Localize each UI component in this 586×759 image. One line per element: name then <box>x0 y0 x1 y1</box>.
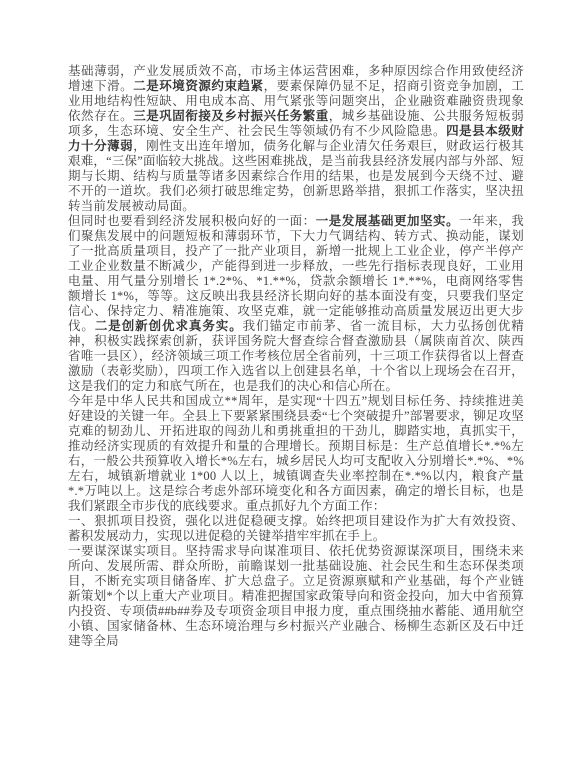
text-run: 一、狠抓项目投资，强化以进促稳硬支撑。始终把项目建设作为扩大有效投资、蓄积发展动… <box>68 514 524 543</box>
bold-lead-phrase: 二是环境资源约束趋紧 <box>133 79 263 93</box>
paragraph-section-one-heading: 一、狠抓项目投资，强化以进促稳硬支撑。始终把项目建设作为扩大有效投资、蓄积发展动… <box>68 514 524 544</box>
bold-lead-phrase: 一是发展基础更加坚实。 <box>316 214 459 228</box>
document-page: 基础薄弱，产业发展质效不高，市场主体运营困难，多种原因综合作用致使经济增速下滑。… <box>0 0 586 759</box>
paragraph-economic-challenges: 基础薄弱，产业发展质效不高，市场主体运营困难，多种原因综合作用致使经济增速下滑。… <box>68 64 524 214</box>
paragraph-annual-targets: 今年是中华人民共和国成立**周年，是实现“十四五”规划目标任务、持续推进美好建设… <box>68 394 524 514</box>
bold-lead-phrase: 二是创新创优求真务实。 <box>95 319 243 333</box>
text-run: ，刚性支出连年增加，债务化解与企业清欠任务艰巨，财政运行极其艰难，“三保”面临较… <box>68 139 524 213</box>
text-run: 一要谋深谋实项目。坚持需求导向谋准项目、依托优势资源谋深项目，围绕未来所向、发展… <box>68 544 524 648</box>
text-run: 一年来，我们聚焦发展中的问题短板和薄弱环节，下大力气调结构、转方式、换动能，谋划… <box>68 214 524 333</box>
text-run: 但同时也要看到经济发展积极向好的一面： <box>68 214 316 228</box>
paragraph-project-planning: 一要谋深谋实项目。坚持需求导向谋准项目、依托优势资源谋深项目，围绕未来所向、发展… <box>68 544 524 649</box>
paragraph-positive-trends: 但同时也要看到经济发展积极向好的一面：一是发展基础更加坚实。一年来，我们聚焦发展… <box>68 214 524 394</box>
bold-lead-phrase: 三是巩固衔接及乡村振兴任务繁重 <box>133 109 329 123</box>
text-run: 今年是中华人民共和国成立**周年，是实现“十四五”规划目标任务、持续推进美好建设… <box>68 394 524 513</box>
